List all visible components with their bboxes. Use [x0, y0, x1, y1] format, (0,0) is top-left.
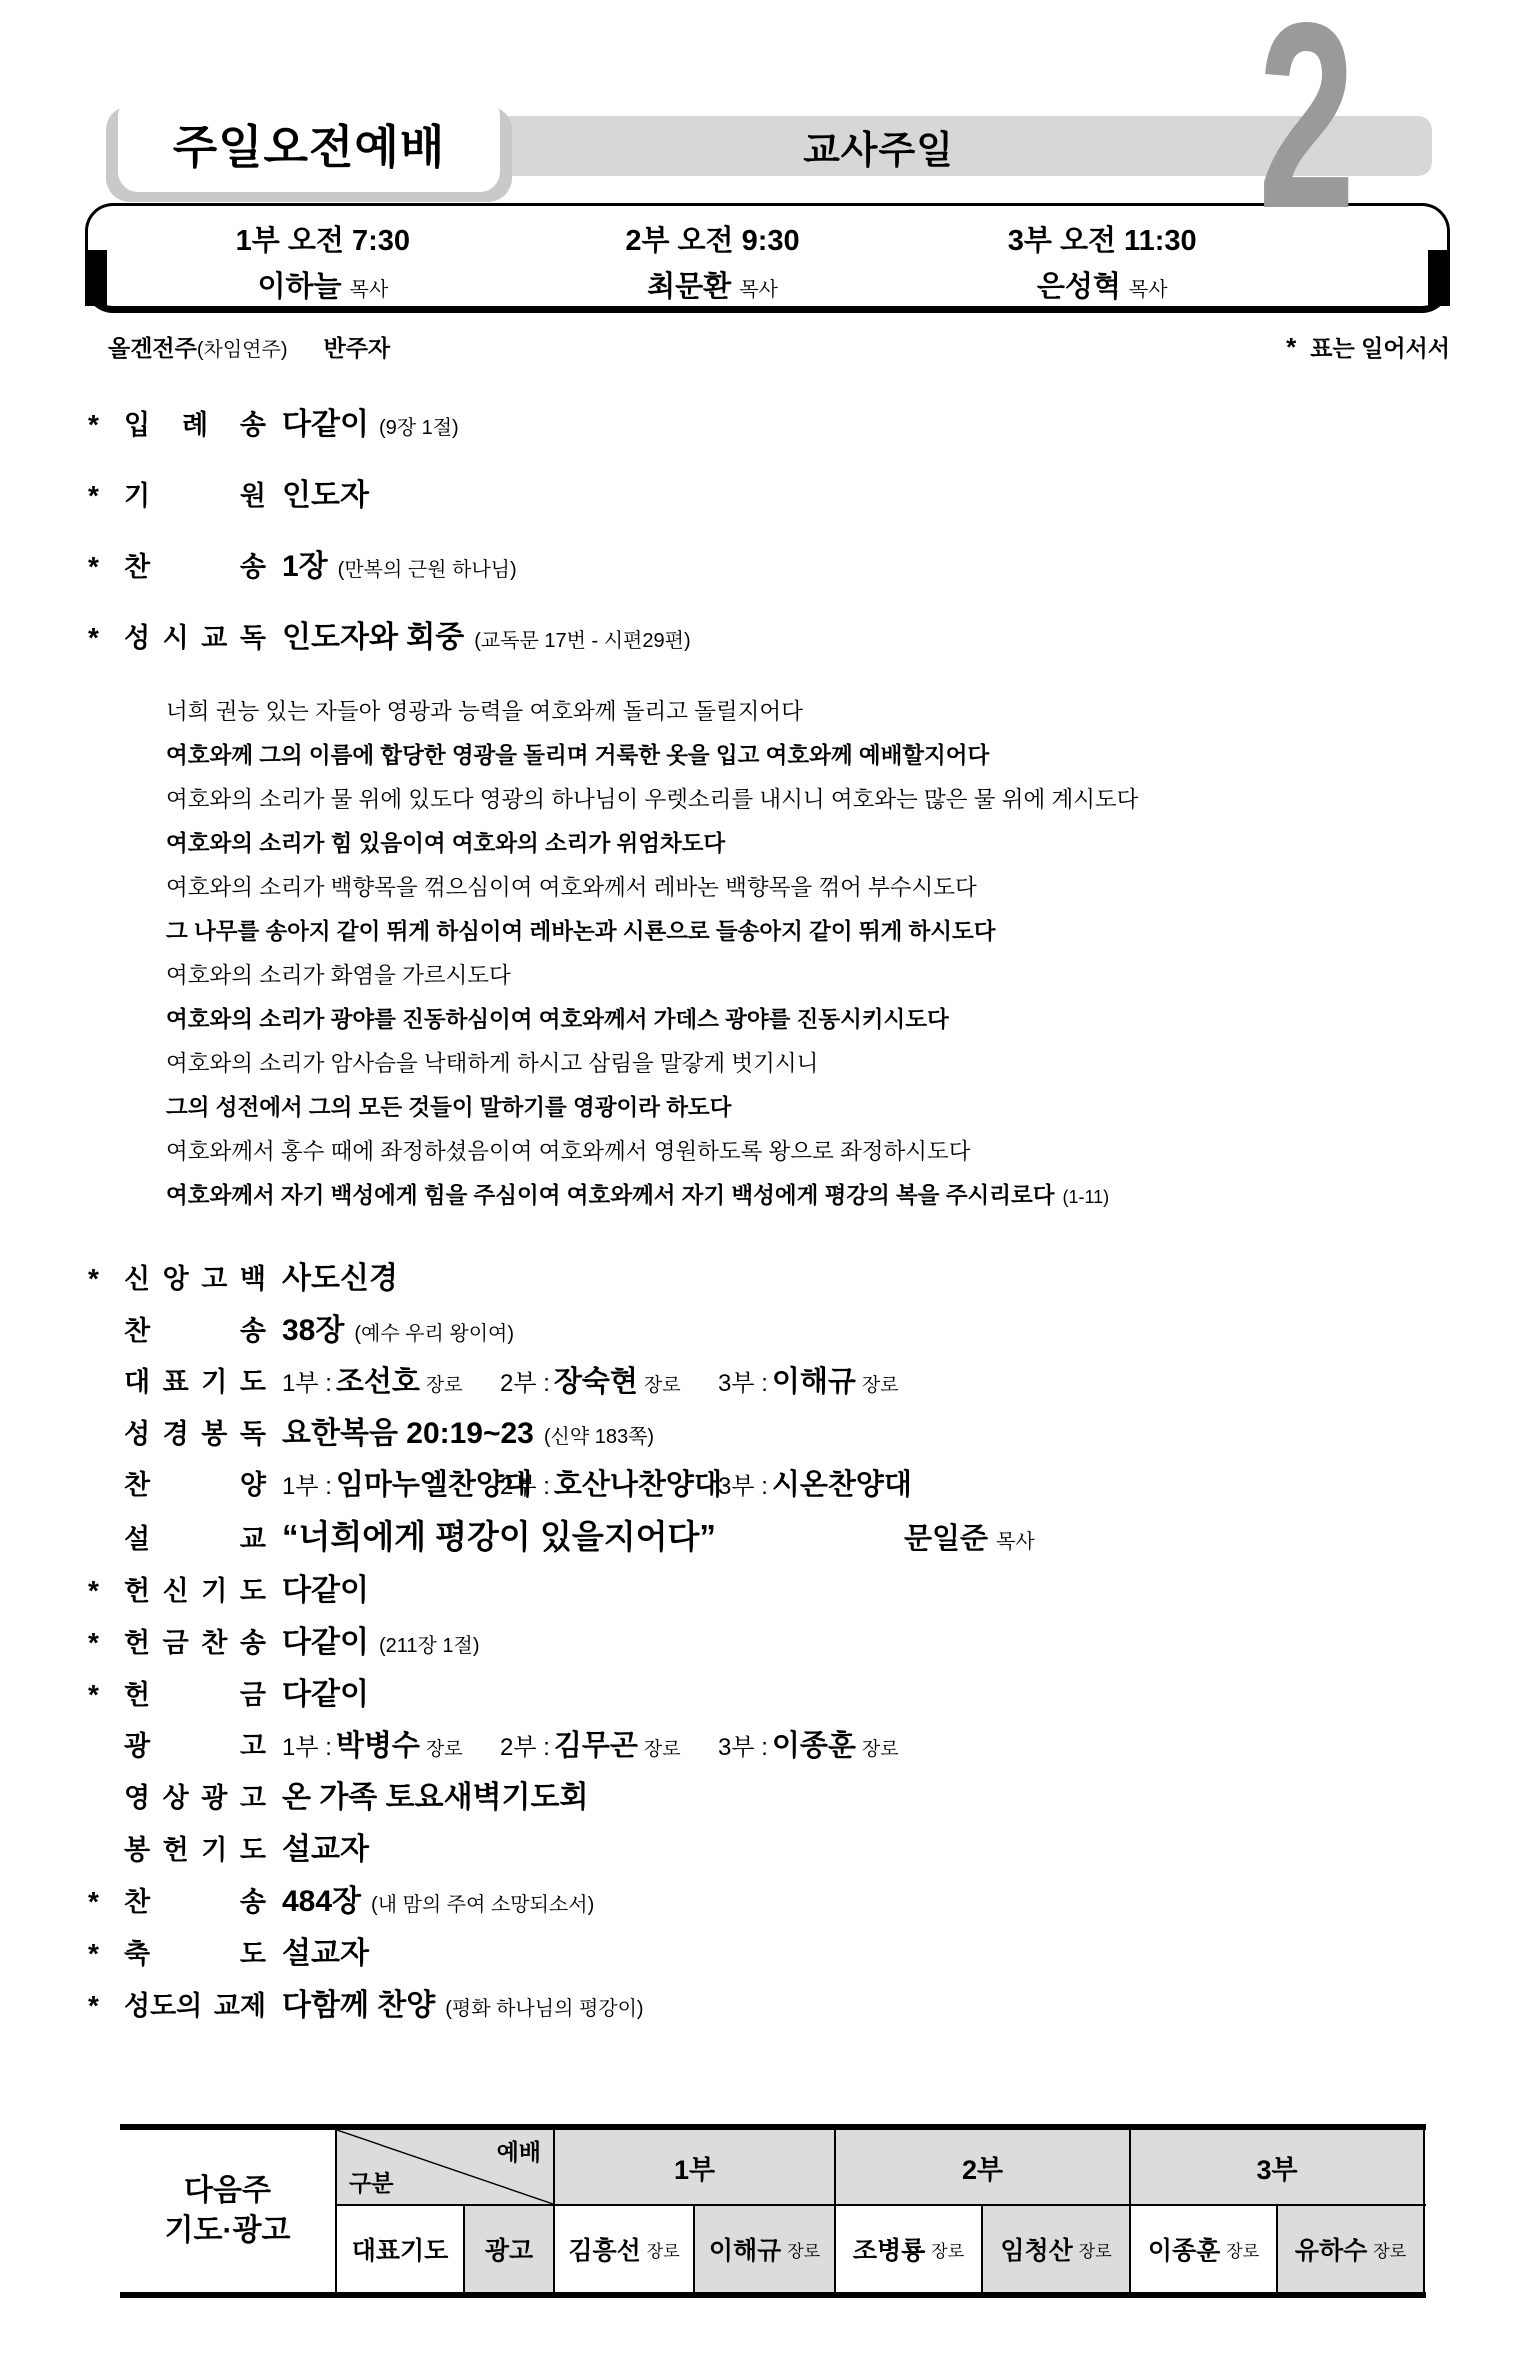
diagonal-header-cell: 예배 구분	[337, 2130, 555, 2204]
diag-label-category: 구분	[349, 2165, 393, 2198]
row-header-announcement: 광고	[465, 2206, 555, 2292]
order-content: 다같이(211장 1절)	[282, 1620, 479, 1670]
order-content: 1부 :임마누엘찬양대 2부 :호산나찬양대 3부 :시온찬양대	[282, 1463, 936, 1512]
order-row: * 찬 송 1장(만복의 근원 하나님)	[88, 544, 1488, 594]
asterisk-icon: *	[88, 402, 124, 447]
order-label: 영 상 광 고	[124, 1776, 266, 1821]
order-label: 봉 헌 기 도	[124, 1828, 266, 1873]
left-edge-tab	[85, 250, 107, 306]
column-header-2bu: 2부	[836, 2130, 1131, 2204]
standing-note-text: 표는 일어서서	[1310, 335, 1450, 361]
order-note: (211장 1절)	[379, 1635, 480, 1657]
order-label: 광 고	[124, 1724, 266, 1769]
worship-order-list-1: * 입 례 송 다같이(9장 1절) * 기 원 인도자 * 찬 송 1장(만복…	[88, 402, 1488, 686]
service-part-2: 2부 :호산나찬양대	[500, 1463, 718, 1512]
service-time: 3부 오전 11:30	[907, 218, 1297, 259]
verse-reference: (1-11)	[1062, 1187, 1109, 1207]
responsive-reading: 너희 권능 있는 자들아 영광과 능력을 여호와께 돌리고 돌릴지어다 여호와께…	[166, 690, 1138, 1219]
order-label: 성도의 교제	[124, 1984, 266, 2029]
order-label: 성 경 봉 독	[124, 1412, 266, 1457]
asterisk-icon: *	[88, 1879, 124, 1924]
order-note: (평화 하나님의 평강이)	[445, 1998, 643, 2020]
column-header-3bu: 3부	[1131, 2130, 1425, 2204]
service-part-3: 3부 :이해규장로	[718, 1360, 936, 1409]
pastor-role: 목사	[739, 279, 778, 301]
service-part-1: 1부 :박병수장로	[282, 1724, 500, 1773]
order-content: 484장(내 맘의 주여 소망되소서)	[282, 1879, 594, 1929]
worship-order-list-2: * 신 앙 고 백 사도신경 찬 송 38장(예수 우리 왕이여) 대 표 기 …	[88, 1256, 1488, 2035]
prelude-label: 올겐전주	[108, 335, 197, 361]
order-row-representative-prayer: 대 표 기 도 1부 :조선호장로 2부 :장숙현장로 3부 :이해규장로	[88, 1360, 1488, 1409]
service-time: 1부 오전 7:30	[128, 218, 518, 259]
order-content: 요한복음 20:19~23(신약 183쪽)	[282, 1411, 654, 1461]
service-part-3: 3부 :이종훈장로	[718, 1724, 936, 1773]
order-row: * 찬 송 484장(내 맘의 주여 소망되소서)	[88, 1879, 1488, 1929]
order-label: 찬 양	[124, 1463, 266, 1508]
reading-line: 여호와의 소리가 광야를 진동하심이여 여호와께서 가데스 광야를 진동시키시도…	[166, 998, 1138, 1042]
reading-line: 여호와의 소리가 백향목을 꺾으심이여 여호와께서 레바논 백향목을 꺾어 부수…	[166, 866, 1138, 910]
reading-line: 여호와께서 홍수 때에 좌정하셨음이여 여호와께서 영원하도록 왕으로 좌정하시…	[166, 1130, 1138, 1174]
order-row: * 기 원 인도자	[88, 473, 1488, 523]
order-label: 성 시 교 독	[124, 616, 266, 661]
reading-line: 여호와의 소리가 물 위에 있도다 영광의 하나님이 우렛소리를 내시니 여호와…	[166, 778, 1138, 822]
service-part-2: 2부 :김무곤장로	[500, 1724, 718, 1773]
service-part-1: 1부 :조선호장로	[282, 1360, 500, 1409]
pastor-name: 이하늘	[257, 271, 341, 303]
order-content: 다같이	[282, 1672, 379, 1722]
order-content: 다함께 찬양(평화 하나님의 평강이)	[282, 1983, 644, 2033]
service-time: 2부 오전 9:30	[518, 218, 908, 259]
pastor-role: 목사	[350, 279, 389, 301]
asterisk-icon: *	[88, 1620, 124, 1665]
order-content: 사도신경	[282, 1256, 408, 1306]
asterisk-icon: *	[88, 1568, 124, 1613]
prelude-row: 올겐전주(차임연주)반주자 *표는 일어서서	[108, 330, 1450, 363]
standing-note: *표는 일어서서	[1286, 330, 1450, 363]
table-cell: 유하수장로	[1278, 2206, 1425, 2292]
sermon-speaker: 문일준목사	[904, 1535, 1035, 1552]
service-part-2: 2부 :장숙현장로	[500, 1360, 718, 1409]
order-content: 다같이	[282, 1568, 379, 1618]
asterisk-icon: *	[88, 473, 124, 518]
asterisk-icon: *	[88, 1931, 124, 1976]
order-content: 인도자와 회중(교독문 17번 - 시편29편)	[282, 615, 691, 665]
order-note: (교독문 17번 - 시편29편)	[474, 630, 690, 652]
reading-line: 그의 성전에서 그의 모든 것들이 말하기를 영광이라 하도다	[166, 1086, 1138, 1130]
order-content: 설교자	[282, 1827, 379, 1877]
table-data-row: 대표기도 광고 김흥선장로 이해규장로 조병룡장로 임청산장로 이종훈장로 유하…	[337, 2206, 1426, 2292]
reading-line: 여호와의 소리가 화염을 가르시도다	[166, 954, 1138, 998]
asterisk-icon: *	[88, 544, 124, 589]
order-label: 입 례 송	[124, 403, 266, 448]
service-times-box: 1부 오전 7:30 이하늘목사 2부 오전 9:30 최문환목사 3부 오전 …	[85, 203, 1450, 313]
table-cell: 조병룡장로	[836, 2206, 983, 2292]
asterisk-icon: *	[1286, 332, 1296, 362]
service-2: 2부 오전 9:30 최문환목사	[518, 218, 908, 306]
order-label: 찬 송	[124, 1880, 266, 1925]
order-label: 찬 송	[124, 545, 266, 590]
asterisk-icon: *	[88, 1256, 124, 1301]
pastor-name: 은성혁	[1037, 271, 1121, 303]
service-part-3: 3부 :시온찬양대	[718, 1463, 936, 1512]
reading-line: 너희 권능 있는 자들아 영광과 능력을 여호와께 돌리고 돌릴지어다	[166, 690, 1138, 734]
next-week-title-cell: 다음주 기도·광고	[120, 2130, 337, 2292]
order-content: 설교자	[282, 1931, 379, 1981]
next-week-grid: 예배 구분 1부 2부 3부 대표기도 광고 김흥선장로 이해규장로 조병룡장로…	[337, 2130, 1426, 2292]
order-label: 대 표 기 도	[124, 1360, 266, 1405]
column-header-1bu: 1부	[555, 2130, 836, 2204]
pastor-name: 최문환	[647, 271, 731, 303]
order-row: * 헌 신 기 도 다같이	[88, 1568, 1488, 1618]
order-row: 성 경 봉 독 요한복음 20:19~23(신약 183쪽)	[88, 1411, 1488, 1461]
order-row: * 성도의 교제 다함께 찬양(평화 하나님의 평강이)	[88, 1983, 1488, 2033]
order-label: 설 교	[124, 1517, 266, 1562]
table-header-row: 예배 구분 1부 2부 3부	[337, 2130, 1426, 2206]
diag-label-service: 예배	[497, 2134, 541, 2167]
reading-line: 그 나무를 송아지 같이 뛰게 하심이여 레바논과 시룐으로 들송아지 같이 뛰…	[166, 910, 1138, 954]
banner-title: 교사주일	[803, 119, 954, 174]
service-3: 3부 오전 11:30 은성혁목사	[907, 218, 1297, 306]
order-row-sermon: 설 교 “너희에게 평강이 있을지어다”문일준목사	[88, 1514, 1488, 1566]
order-note: (9장 1절)	[379, 417, 459, 439]
order-row: * 신 앙 고 백 사도신경	[88, 1256, 1488, 1306]
service-1: 1부 오전 7:30 이하늘목사	[128, 218, 518, 306]
order-content: 1부 :조선호장로 2부 :장숙현장로 3부 :이해규장로	[282, 1360, 936, 1409]
table-cell: 이종훈장로	[1131, 2206, 1278, 2292]
asterisk-icon: *	[88, 615, 124, 660]
order-content: 인도자	[282, 473, 379, 523]
order-content: 다같이(9장 1절)	[282, 402, 459, 452]
service-part-1: 1부 :임마누엘찬양대	[282, 1463, 500, 1512]
page-title: 주일오전예배	[173, 111, 446, 177]
order-content: 1장(만복의 근원 하나님)	[282, 544, 517, 594]
reading-line: 여호와께서 자기 백성에게 힘을 주심이여 여호와께서 자기 백성에게 평강의 …	[166, 1174, 1138, 1219]
order-row-announcement: 광 고 1부 :박병수장로 2부 :김무곤장로 3부 :이종훈장로	[88, 1724, 1488, 1773]
next-week-table: 다음주 기도·광고 예배 구분 1부 2부 3부 대표기도 광고 김흥선장로 이…	[120, 2124, 1426, 2298]
order-content: 38장(예수 우리 왕이여)	[282, 1308, 514, 1358]
prelude-label-note: (차임연주)	[197, 339, 288, 361]
page-number: 2	[1258, 0, 1355, 249]
order-content: “너희에게 평강이 있을지어다”문일준목사	[282, 1514, 1035, 1566]
order-row-choir: 찬 양 1부 :임마누엘찬양대 2부 :호산나찬양대 3부 :시온찬양대	[88, 1463, 1488, 1512]
reading-line: 여호와의 소리가 힘 있음이여 여호와의 소리가 위엄차도다	[166, 822, 1138, 866]
order-label: 신 앙 고 백	[124, 1257, 266, 1302]
order-label: 헌 금	[124, 1673, 266, 1718]
order-content: 1부 :박병수장로 2부 :김무곤장로 3부 :이종훈장로	[282, 1724, 936, 1773]
order-row: 봉 헌 기 도 설교자	[88, 1827, 1488, 1877]
order-row: * 축 도 설교자	[88, 1931, 1488, 1981]
prelude-performer: 반주자	[323, 335, 390, 361]
table-cell: 이해규장로	[695, 2206, 836, 2292]
table-cell: 임청산장로	[983, 2206, 1131, 2292]
pastor-role: 목사	[1129, 279, 1168, 301]
right-edge-tab	[1428, 250, 1450, 306]
row-header-prayer: 대표기도	[337, 2206, 465, 2292]
asterisk-icon: *	[88, 1983, 124, 2028]
order-label: 헌 금 찬 송	[124, 1621, 266, 1666]
asterisk-icon: *	[88, 1672, 124, 1717]
order-note: (내 맘의 주여 소망되소서)	[371, 1894, 594, 1916]
order-note: (예수 우리 왕이여)	[354, 1323, 514, 1345]
reading-line: 여호와께 그의 이름에 합당한 영광을 돌리며 거룩한 옷을 입고 여호와께 예…	[166, 734, 1138, 778]
bulletin-page: 교사주일 2 주일오전예배 1부 오전 7:30 이하늘목사 2부 오전 9:3…	[0, 0, 1535, 2362]
order-note: (신약 183쪽)	[544, 1426, 654, 1448]
order-label: 축 도	[124, 1932, 266, 1977]
sermon-title: “너희에게 평강이 있을지어다”	[282, 1514, 904, 1559]
table-cell: 김흥선장로	[555, 2206, 695, 2292]
title-box: 주일오전예배	[118, 96, 500, 192]
order-row: 영 상 광 고 온 가족 토요새벽기도회	[88, 1775, 1488, 1825]
reading-line: 여호와의 소리가 암사슴을 낙태하게 하시고 삼림을 말갛게 벗기시니	[166, 1042, 1138, 1086]
order-row: * 성 시 교 독 인도자와 회중(교독문 17번 - 시편29편)	[88, 615, 1488, 665]
order-row: 찬 송 38장(예수 우리 왕이여)	[88, 1308, 1488, 1358]
order-row: * 입 례 송 다같이(9장 1절)	[88, 402, 1488, 452]
order-label: 헌 신 기 도	[124, 1569, 266, 1614]
order-label: 찬 송	[124, 1309, 266, 1354]
order-row: * 헌 금 다같이	[88, 1672, 1488, 1722]
order-note: (만복의 근원 하나님)	[338, 559, 517, 581]
order-label: 기 원	[124, 474, 266, 519]
order-content: 온 가족 토요새벽기도회	[282, 1775, 598, 1825]
order-row: * 헌 금 찬 송 다같이(211장 1절)	[88, 1620, 1488, 1670]
prelude-left: 올겐전주(차임연주)반주자	[108, 330, 390, 363]
